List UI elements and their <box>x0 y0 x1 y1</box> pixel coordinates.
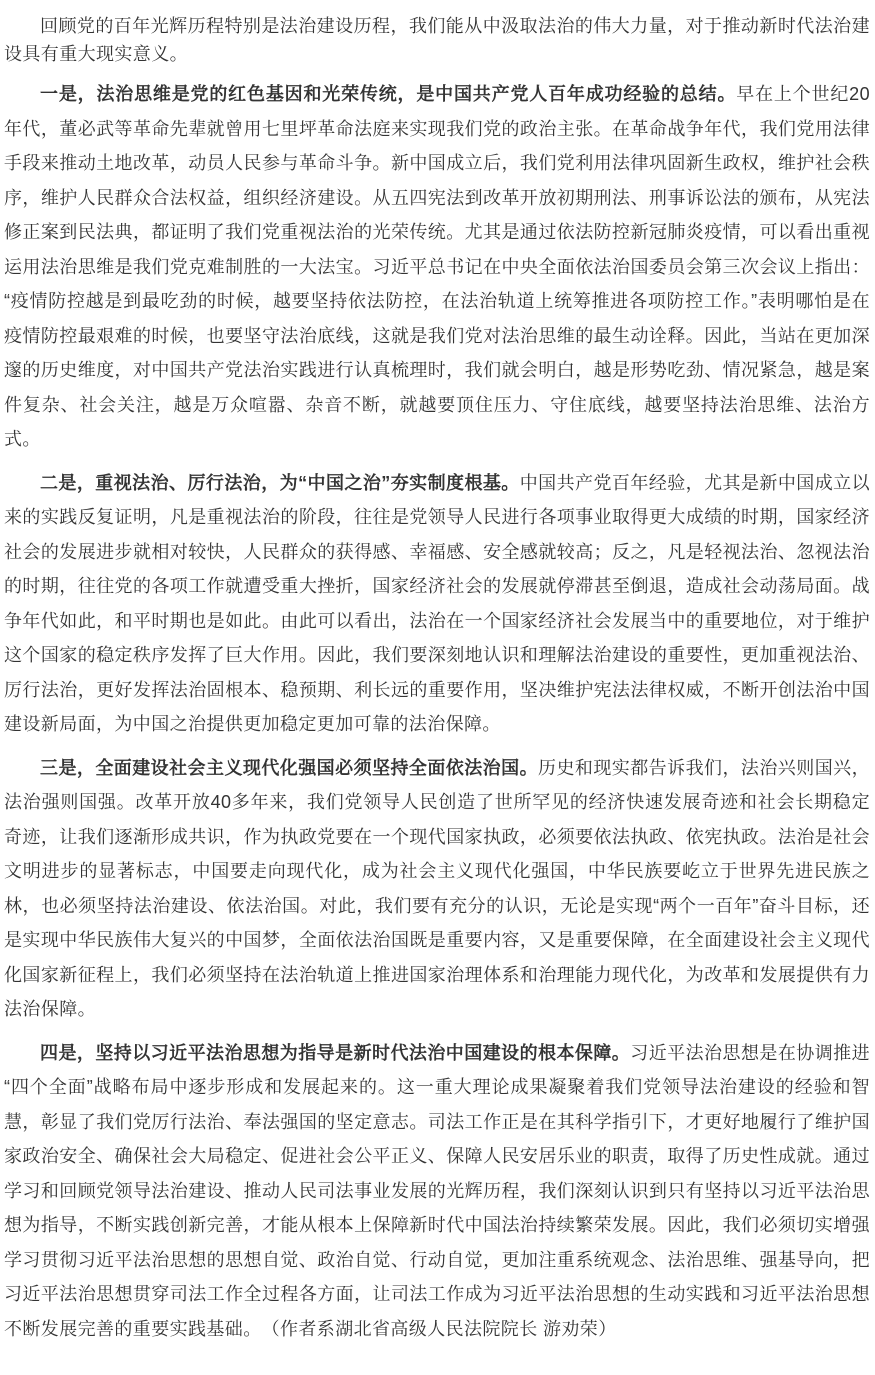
paragraph-text: 回顾党的百年光辉历程特别是法治建设历程，我们能从中汲取法治的伟大力量，对于推动新… <box>4 16 870 64</box>
paragraph-text: 中国共产党百年经验，尤其是新中国成立以来的实践反复证明，凡是重视法治的阶段，往往… <box>4 473 870 735</box>
paragraph: 二是，重视法治、厉行法治，为“中国之治”夯实制度根基。中国共产党百年经验，尤其是… <box>4 466 870 742</box>
paragraph-lead: 二是，重视法治、厉行法治，为“中国之治”夯实制度根基。 <box>40 473 520 493</box>
paragraph: 三是，全面建设社会主义现代化强国必须坚持全面依法治国。历史和现实都告诉我们，法治… <box>4 751 870 1027</box>
author-note: （作者系湖北省高级人民法院院长 游劝荣） <box>271 1319 617 1339</box>
paragraph-lead: 四是，坚持以习近平法治思想为指导是新时代法治中国建设的根本保障。 <box>40 1043 630 1063</box>
paragraph-text: 早在上个世纪20年代，董必武等革命先辈就曾用七里坪革命法庭来实现我们党的政治主张… <box>4 84 870 449</box>
paragraph: 回顾党的百年光辉历程特别是法治建设历程，我们能从中汲取法治的伟大力量，对于推动新… <box>4 12 870 68</box>
paragraph: 四是，坚持以习近平法治思想为指导是新时代法治中国建设的根本保障。习近平法治思想是… <box>4 1036 870 1347</box>
paragraph-lead: 一是，法治思维是党的红色基因和光荣传统，是中国共产党人百年成功经验的总结。 <box>40 84 736 104</box>
paragraph: 一是，法治思维是党的红色基因和光荣传统，是中国共产党人百年成功经验的总结。早在上… <box>4 77 870 457</box>
paragraph-text: 历史和现实都告诉我们，法治兴则国兴，法治强则国强。改革开放40多年来，我们党领导… <box>4 758 870 1020</box>
paragraph-lead: 三是，全面建设社会主义现代化强国必须坚持全面依法治国。 <box>40 758 538 778</box>
article-body: 回顾党的百年光辉历程特别是法治建设历程，我们能从中汲取法治的伟大力量，对于推动新… <box>0 0 875 1375</box>
paragraph-text: 习近平法治思想是在协调推进“四个全面”战略布局中逐步形成和发展起来的。这一重大理… <box>4 1043 870 1339</box>
